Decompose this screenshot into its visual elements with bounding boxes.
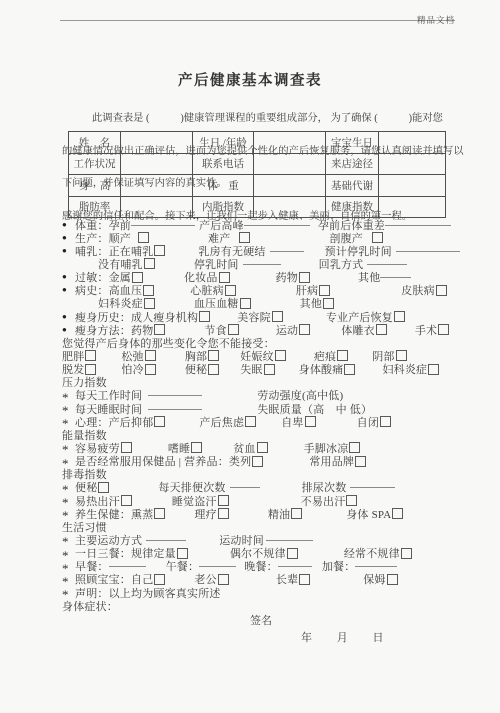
spacer [150,237,208,238]
checkbox[interactable] [349,442,360,453]
spacer [311,579,363,580]
field-label: 产后焦虑 [199,414,244,430]
table-label-visceral-fat-index: 内脂指数 [193,197,254,219]
fill-in-line[interactable] [350,487,395,488]
checkbox[interactable] [305,416,316,427]
table-label-name: 姓 名 [69,132,121,154]
checkbox[interactable] [376,324,387,335]
checkbox[interactable] [145,350,156,361]
spacer [236,566,244,567]
date-day-label[interactable]: 日 [373,632,384,644]
checkbox[interactable] [380,416,391,427]
checkbox[interactable] [219,272,230,283]
table-input-cell[interactable] [379,175,446,197]
fill-in-line[interactable] [270,251,304,252]
table-label-weight: 体 重 [193,175,254,197]
checkbox[interactable] [154,245,165,256]
spacer [220,355,240,356]
table-label-basal-metabolism: 基础代谢 [326,175,379,197]
spacer [133,447,168,448]
spacer [287,355,314,356]
spacer [281,263,319,264]
form-line: *心理：产后抑郁产后焦虑自卑自闭 [62,415,458,428]
star-icon: * [62,404,75,417]
spacer [276,369,299,370]
checkbox[interactable] [257,442,268,453]
form-line: *声明：以上均为顾客真实所述 [62,586,458,599]
fill-in-line[interactable] [131,225,195,226]
spacer [97,355,121,356]
spacer [133,500,172,501]
spacer [240,329,276,330]
field-label: 自闭 [357,414,379,430]
bullet-icon: ● [62,221,75,229]
checkbox[interactable] [239,232,250,243]
bullet-icon: ● [62,273,75,281]
star-icon: * [62,457,75,470]
field-label: 精油 [268,506,290,522]
checkbox[interactable] [218,495,229,506]
checkbox[interactable] [401,548,412,559]
field-label: 运动 [276,322,298,338]
checkbox[interactable] [121,442,132,453]
field-label: 怕冷 [121,361,143,377]
spacer [166,329,204,330]
field-label: 失眠质量（高 中 低） [257,401,372,417]
spacer [166,250,198,251]
spacer [202,408,257,409]
spacer [156,263,194,264]
date-row: 年 月 日 [62,629,406,645]
bullet-icon: ● [62,326,75,334]
table-input-cell[interactable] [254,132,326,154]
spacer [166,579,194,580]
checkbox[interactable] [299,272,310,283]
form-lines: ●体重：孕前产后高峰孕前后体重差●生产：顺产难产剖腹产●哺乳：正在哺乳乳房有无硬… [62,218,458,612]
checkbox[interactable] [337,350,348,361]
spacer [311,329,341,330]
field-label: 其他 [358,269,380,285]
checkbox[interactable] [208,350,219,361]
checkbox[interactable] [240,298,251,309]
spacer [186,539,219,540]
checkbox[interactable] [428,364,439,375]
spacer [317,421,357,422]
fill-in-line[interactable] [109,566,146,567]
bullet-icon: ● [62,286,75,294]
table-input-cell[interactable] [254,154,326,176]
field-label: 加餐： [322,558,356,574]
document-page: 精品文档 产后健康基本调查表 此调查表是 ( )健康管理课程的重要组成部分， 为… [0,0,500,713]
checkbox[interactable] [299,324,310,335]
form-line: 身体症状： [62,599,458,612]
table-input-cell[interactable] [379,154,446,176]
bullet-icon: ● [62,247,75,255]
star-icon: * [62,588,75,601]
checkbox[interactable] [323,298,334,309]
spacer [363,237,371,238]
field-label: 自卑 [281,414,303,430]
spacer [303,513,346,514]
checkbox[interactable] [264,364,275,375]
checkbox[interactable] [85,364,96,375]
field-label: 体雕衣 [341,322,375,338]
field-label: 药物 [276,269,298,285]
fill-in-line[interactable] [367,264,407,265]
table-label-baby-birthday: 宝宝生日 [326,132,379,154]
table-input-cell[interactable] [121,197,193,219]
checkbox[interactable] [154,416,165,427]
spacer [157,355,185,356]
field-label: 失眠 [240,361,262,377]
spacer [157,369,185,370]
checkbox[interactable] [287,548,298,559]
checkbox[interactable] [154,324,165,335]
checkbox[interactable] [132,272,143,283]
checkbox[interactable] [143,285,154,296]
checkbox[interactable] [272,311,283,322]
spacer [230,237,238,238]
checkbox[interactable] [154,574,165,585]
checkbox[interactable] [396,350,407,361]
checkbox[interactable] [98,482,109,493]
form-line: *是否经常服用保健品 | 营养品：类列常用品牌 [62,455,458,468]
field-label: 便秘 [185,361,207,377]
checkbox[interactable] [225,285,236,296]
fill-in-line[interactable] [244,225,310,226]
spacer [203,447,233,448]
star-icon: * [62,496,75,509]
checkbox[interactable] [299,574,310,585]
checkbox[interactable] [245,416,256,427]
table-label-phone: 联系电话 [193,154,254,176]
date-month-label[interactable]: 月 [337,632,348,644]
checkbox[interactable] [144,258,155,269]
form-line: 排毒指数 [62,468,458,481]
spacer [230,513,268,514]
fill-in-line[interactable] [146,540,186,541]
checkbox[interactable] [144,298,155,309]
field-label: 理疗 [194,506,216,522]
checkbox[interactable] [392,508,403,519]
spacer [251,237,329,238]
spacer [110,487,158,488]
table-input-cell[interactable] [379,132,446,154]
header-divider [60,20,455,21]
field-label: 晚餐： [244,558,278,574]
star-icon: * [62,549,75,562]
field-label: 皮肤病 [401,282,435,298]
spacer [156,303,194,304]
fill-in-line[interactable] [278,566,312,567]
star-icon: * [62,417,75,430]
checkbox[interactable] [218,508,229,519]
checkbox[interactable] [199,311,210,322]
fill-in-line[interactable] [355,566,397,567]
table-input-cell[interactable] [254,175,326,197]
checkbox[interactable] [436,285,447,296]
form-line: *养生保健：熏蒸理疗精油身体 SPA [62,507,458,520]
basic-info-table: 姓 名 生日 /年龄 宝宝生日 工作状况 联系电话 来店途径 身 高 体 重 基… [68,131,446,218]
checkbox[interactable] [319,285,330,296]
spacer [97,369,121,370]
star-icon: * [62,483,75,496]
checkbox[interactable] [394,311,405,322]
checkbox[interactable] [372,232,383,243]
spacer [331,290,401,291]
date-year-label[interactable]: 年 [301,632,312,644]
fill-in-line[interactable] [396,251,460,252]
checkbox[interactable] [291,508,302,519]
checkbox[interactable] [145,364,156,375]
spacer [388,329,415,330]
star-icon: * [62,562,75,575]
spacer [202,395,257,396]
spacer [312,566,322,567]
fill-in-line[interactable] [148,409,202,410]
field-label: 不易出汗 [301,493,346,509]
table-label-birthday-age: 生日 /年龄 [193,132,254,154]
intro-line: 此调查表是 ( )健康管理课程的重要组成部分， 为了确保 ( )能对您 [62,114,458,125]
checkbox[interactable] [138,232,149,243]
star-icon: * [62,443,75,456]
checkbox[interactable] [344,364,355,375]
spacer [146,566,166,567]
spacer [356,369,382,370]
checkbox[interactable] [218,574,229,585]
fill-in-line[interactable] [266,540,313,541]
spacer [155,290,190,291]
star-icon: * [62,575,75,588]
bullet-icon: ● [62,234,75,242]
checkbox[interactable] [355,456,366,467]
table-label-height: 身 高 [69,175,121,197]
checkbox[interactable] [252,456,263,467]
form-line: 能量指数 [62,428,458,441]
spacer [260,487,302,488]
spacer [230,500,301,501]
field-label: 保姆 [363,571,385,587]
field-label: 妇科炎症 [382,361,427,377]
checkbox[interactable] [191,442,202,453]
spacer [166,421,199,422]
table-label-health-index: 健康指数 [326,197,379,219]
table-label-work-status: 工作状况 [69,154,121,176]
field-label: 常用品牌 [309,453,354,469]
checkbox[interactable] [387,574,398,585]
spacer [237,290,296,291]
checkbox[interactable] [85,350,96,361]
bullet-icon: ● [62,313,75,321]
checkbox[interactable] [208,364,219,375]
checkbox[interactable] [275,350,286,361]
field-label: 手术 [415,322,437,338]
star-icon: * [62,391,75,404]
spacer [310,224,318,225]
spacer [284,316,326,317]
spacer [189,553,230,554]
page-title: 产后健康基本调查表 [0,69,500,90]
spacer [131,237,137,238]
checkbox[interactable] [177,548,188,559]
spacer [264,461,309,462]
signature-row: 签名 [62,612,272,628]
checkbox[interactable] [121,495,132,506]
field-label: 身体酸痛 [299,361,344,377]
field-label: 回乳方式 [319,256,364,272]
fill-in-line[interactable] [230,487,260,488]
table-input-cell[interactable] [121,154,193,176]
fill-in-line[interactable] [199,566,236,567]
field-label: 长辈 [276,571,298,587]
table-input-cell[interactable] [121,175,193,197]
field-label: 美容院 [237,309,271,325]
spacer [252,303,300,304]
spacer [231,277,276,278]
signature-label[interactable]: 签名 [250,615,272,627]
spacer [220,369,240,370]
table-input-cell[interactable] [379,197,446,219]
table-label-fat-rate: 脂肪率 [69,197,121,219]
fill-in-line[interactable] [148,395,202,396]
checkbox[interactable] [438,324,449,335]
star-icon: * [62,509,75,522]
checkbox[interactable] [154,508,165,519]
spacer [257,421,281,422]
table-input-cell[interactable] [254,197,326,219]
form-line: *便秘每天排便次数排尿次数 [62,481,458,494]
checkbox[interactable] [228,324,239,335]
form-line: 脱发怕冷便秘失眠身体酸痛妇科炎症 [62,363,458,376]
fill-in-line[interactable] [243,264,281,265]
spacer [230,579,276,580]
checkbox[interactable] [346,495,357,506]
spacer [299,553,344,554]
fill-in-line[interactable] [380,277,411,278]
watermark-label: 精品文档 [417,14,455,26]
table-input-cell[interactable] [121,132,193,154]
field-label: 其他 [300,295,322,311]
spacer [144,277,184,278]
fill-in-line[interactable] [385,225,451,226]
field-label: 身体 SPA [346,506,391,522]
spacer [349,355,372,356]
spacer [304,250,325,251]
table-label-store-channel: 来店途径 [326,154,379,176]
spacer [269,447,304,448]
spacer [166,513,194,514]
spacer [311,277,358,278]
spacer [211,316,237,317]
field-label: 血压血糖 [194,295,239,311]
star-icon: * [62,535,75,548]
